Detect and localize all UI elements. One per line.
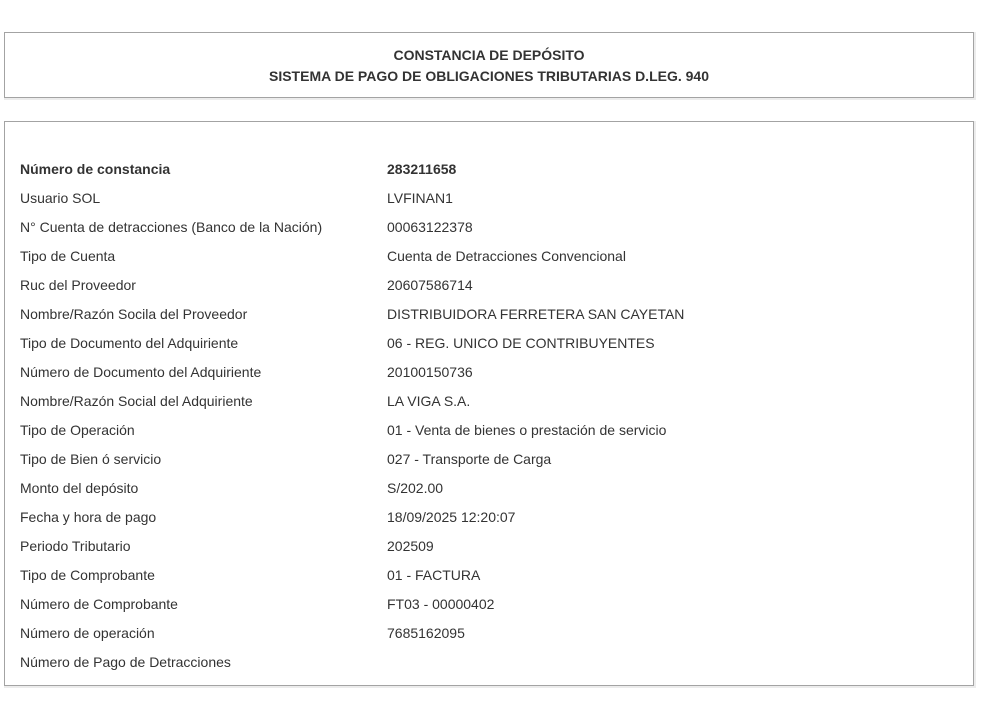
detail-value: 20100150736 bbox=[387, 363, 473, 381]
detail-value: Cuenta de Detracciones Convencional bbox=[387, 247, 626, 265]
detail-row-periodo-tributario: Periodo Tributario202509 bbox=[20, 537, 973, 566]
detail-label: Tipo de Bien ó servicio bbox=[20, 450, 161, 468]
detail-value: 06 - REG. UNICO DE CONTRIBUYENTES bbox=[387, 334, 655, 352]
detail-row-ruc-del-proveedor: Ruc del Proveedor20607586714 bbox=[20, 276, 973, 305]
detail-value: FT03 - 00000402 bbox=[387, 595, 494, 613]
deposit-details-list: Número de constancia283211658Usuario SOL… bbox=[20, 160, 973, 682]
detail-row-numero-de-pago-de-detracciones: Número de Pago de Detracciones bbox=[20, 653, 973, 682]
detail-row-tipo-de-comprobante: Tipo de Comprobante01 - FACTURA bbox=[20, 566, 973, 595]
detail-label: Ruc del Proveedor bbox=[20, 276, 136, 294]
header-panel: CONSTANCIA DE DEPÓSITO SISTEMA DE PAGO D… bbox=[4, 32, 974, 98]
detail-row-usuario-sol: Usuario SOLLVFINAN1 bbox=[20, 189, 973, 218]
detail-label: Tipo de Comprobante bbox=[20, 566, 155, 584]
detail-row-n-cuenta-de-detracciones-banco-de-la-nacion: N° Cuenta de detracciones (Banco de la N… bbox=[20, 218, 973, 247]
document-title: CONSTANCIA DE DEPÓSITO bbox=[5, 47, 973, 63]
detail-label: Número de Documento del Adquiriente bbox=[20, 363, 261, 381]
detail-label: Tipo de Operación bbox=[20, 421, 135, 439]
detail-label: Número de operación bbox=[20, 624, 155, 642]
detail-value: DISTRIBUIDORA FERRETERA SAN CAYETAN bbox=[387, 305, 684, 323]
document-subtitle: SISTEMA DE PAGO DE OBLIGACIONES TRIBUTAR… bbox=[5, 68, 973, 84]
detail-value: LVFINAN1 bbox=[387, 189, 453, 207]
detail-row-tipo-de-documento-del-adquiriente: Tipo de Documento del Adquiriente06 - RE… bbox=[20, 334, 973, 363]
detail-label: Monto del depósito bbox=[20, 479, 138, 497]
detail-label: Periodo Tributario bbox=[20, 537, 131, 555]
detail-row-tipo-de-operacion: Tipo de Operación01 - Venta de bienes o … bbox=[20, 421, 973, 450]
detail-row-nombre-razon-socila-del-proveedor: Nombre/Razón Socila del ProveedorDISTRIB… bbox=[20, 305, 973, 334]
detail-row-monto-del-deposito: Monto del depósitoS/202.00 bbox=[20, 479, 973, 508]
detail-value: 202509 bbox=[387, 537, 434, 555]
detail-label: N° Cuenta de detracciones (Banco de la N… bbox=[20, 218, 322, 236]
detail-row-tipo-de-bien-o-servicio: Tipo de Bien ó servicio027 - Transporte … bbox=[20, 450, 973, 479]
detail-value: 18/09/2025 12:20:07 bbox=[387, 508, 515, 526]
detail-label: Fecha y hora de pago bbox=[20, 508, 156, 526]
detail-value: 027 - Transporte de Carga bbox=[387, 450, 551, 468]
detail-label: Nombre/Razón Socila del Proveedor bbox=[20, 305, 247, 323]
detail-label: Usuario SOL bbox=[20, 189, 100, 207]
detail-label: Número de Pago de Detracciones bbox=[20, 653, 231, 671]
detail-row-fecha-y-hora-de-pago: Fecha y hora de pago18/09/2025 12:20:07 bbox=[20, 508, 973, 537]
detail-label: Tipo de Cuenta bbox=[20, 247, 115, 265]
detail-value: 01 - Venta de bienes o prestación de ser… bbox=[387, 421, 666, 439]
detail-row-numero-de-comprobante: Número de ComprobanteFT03 - 00000402 bbox=[20, 595, 973, 624]
detail-row-nombre-razon-social-del-adquiriente: Nombre/Razón Social del AdquirienteLA VI… bbox=[20, 392, 973, 421]
detail-value: 01 - FACTURA bbox=[387, 566, 480, 584]
detail-value: 20607586714 bbox=[387, 276, 473, 294]
detail-label: Tipo de Documento del Adquiriente bbox=[20, 334, 238, 352]
detail-value: S/202.00 bbox=[387, 479, 443, 497]
deposit-details-panel: Número de constancia283211658Usuario SOL… bbox=[4, 121, 974, 686]
detail-label: Nombre/Razón Social del Adquiriente bbox=[20, 392, 253, 410]
detail-value: 00063122378 bbox=[387, 218, 473, 236]
detail-label: Número de constancia bbox=[20, 160, 170, 178]
detail-value: LA VIGA S.A. bbox=[387, 392, 470, 410]
detail-row-tipo-de-cuenta: Tipo de CuentaCuenta de Detracciones Con… bbox=[20, 247, 973, 276]
detail-value: 7685162095 bbox=[387, 624, 465, 642]
detail-value: 283211658 bbox=[387, 160, 456, 178]
detail-row-numero-de-documento-del-adquiriente: Número de Documento del Adquiriente20100… bbox=[20, 363, 973, 392]
detail-label: Número de Comprobante bbox=[20, 595, 178, 613]
detail-row-numero-de-constancia: Número de constancia283211658 bbox=[20, 160, 973, 189]
detail-row-numero-de-operacion: Número de operación7685162095 bbox=[20, 624, 973, 653]
